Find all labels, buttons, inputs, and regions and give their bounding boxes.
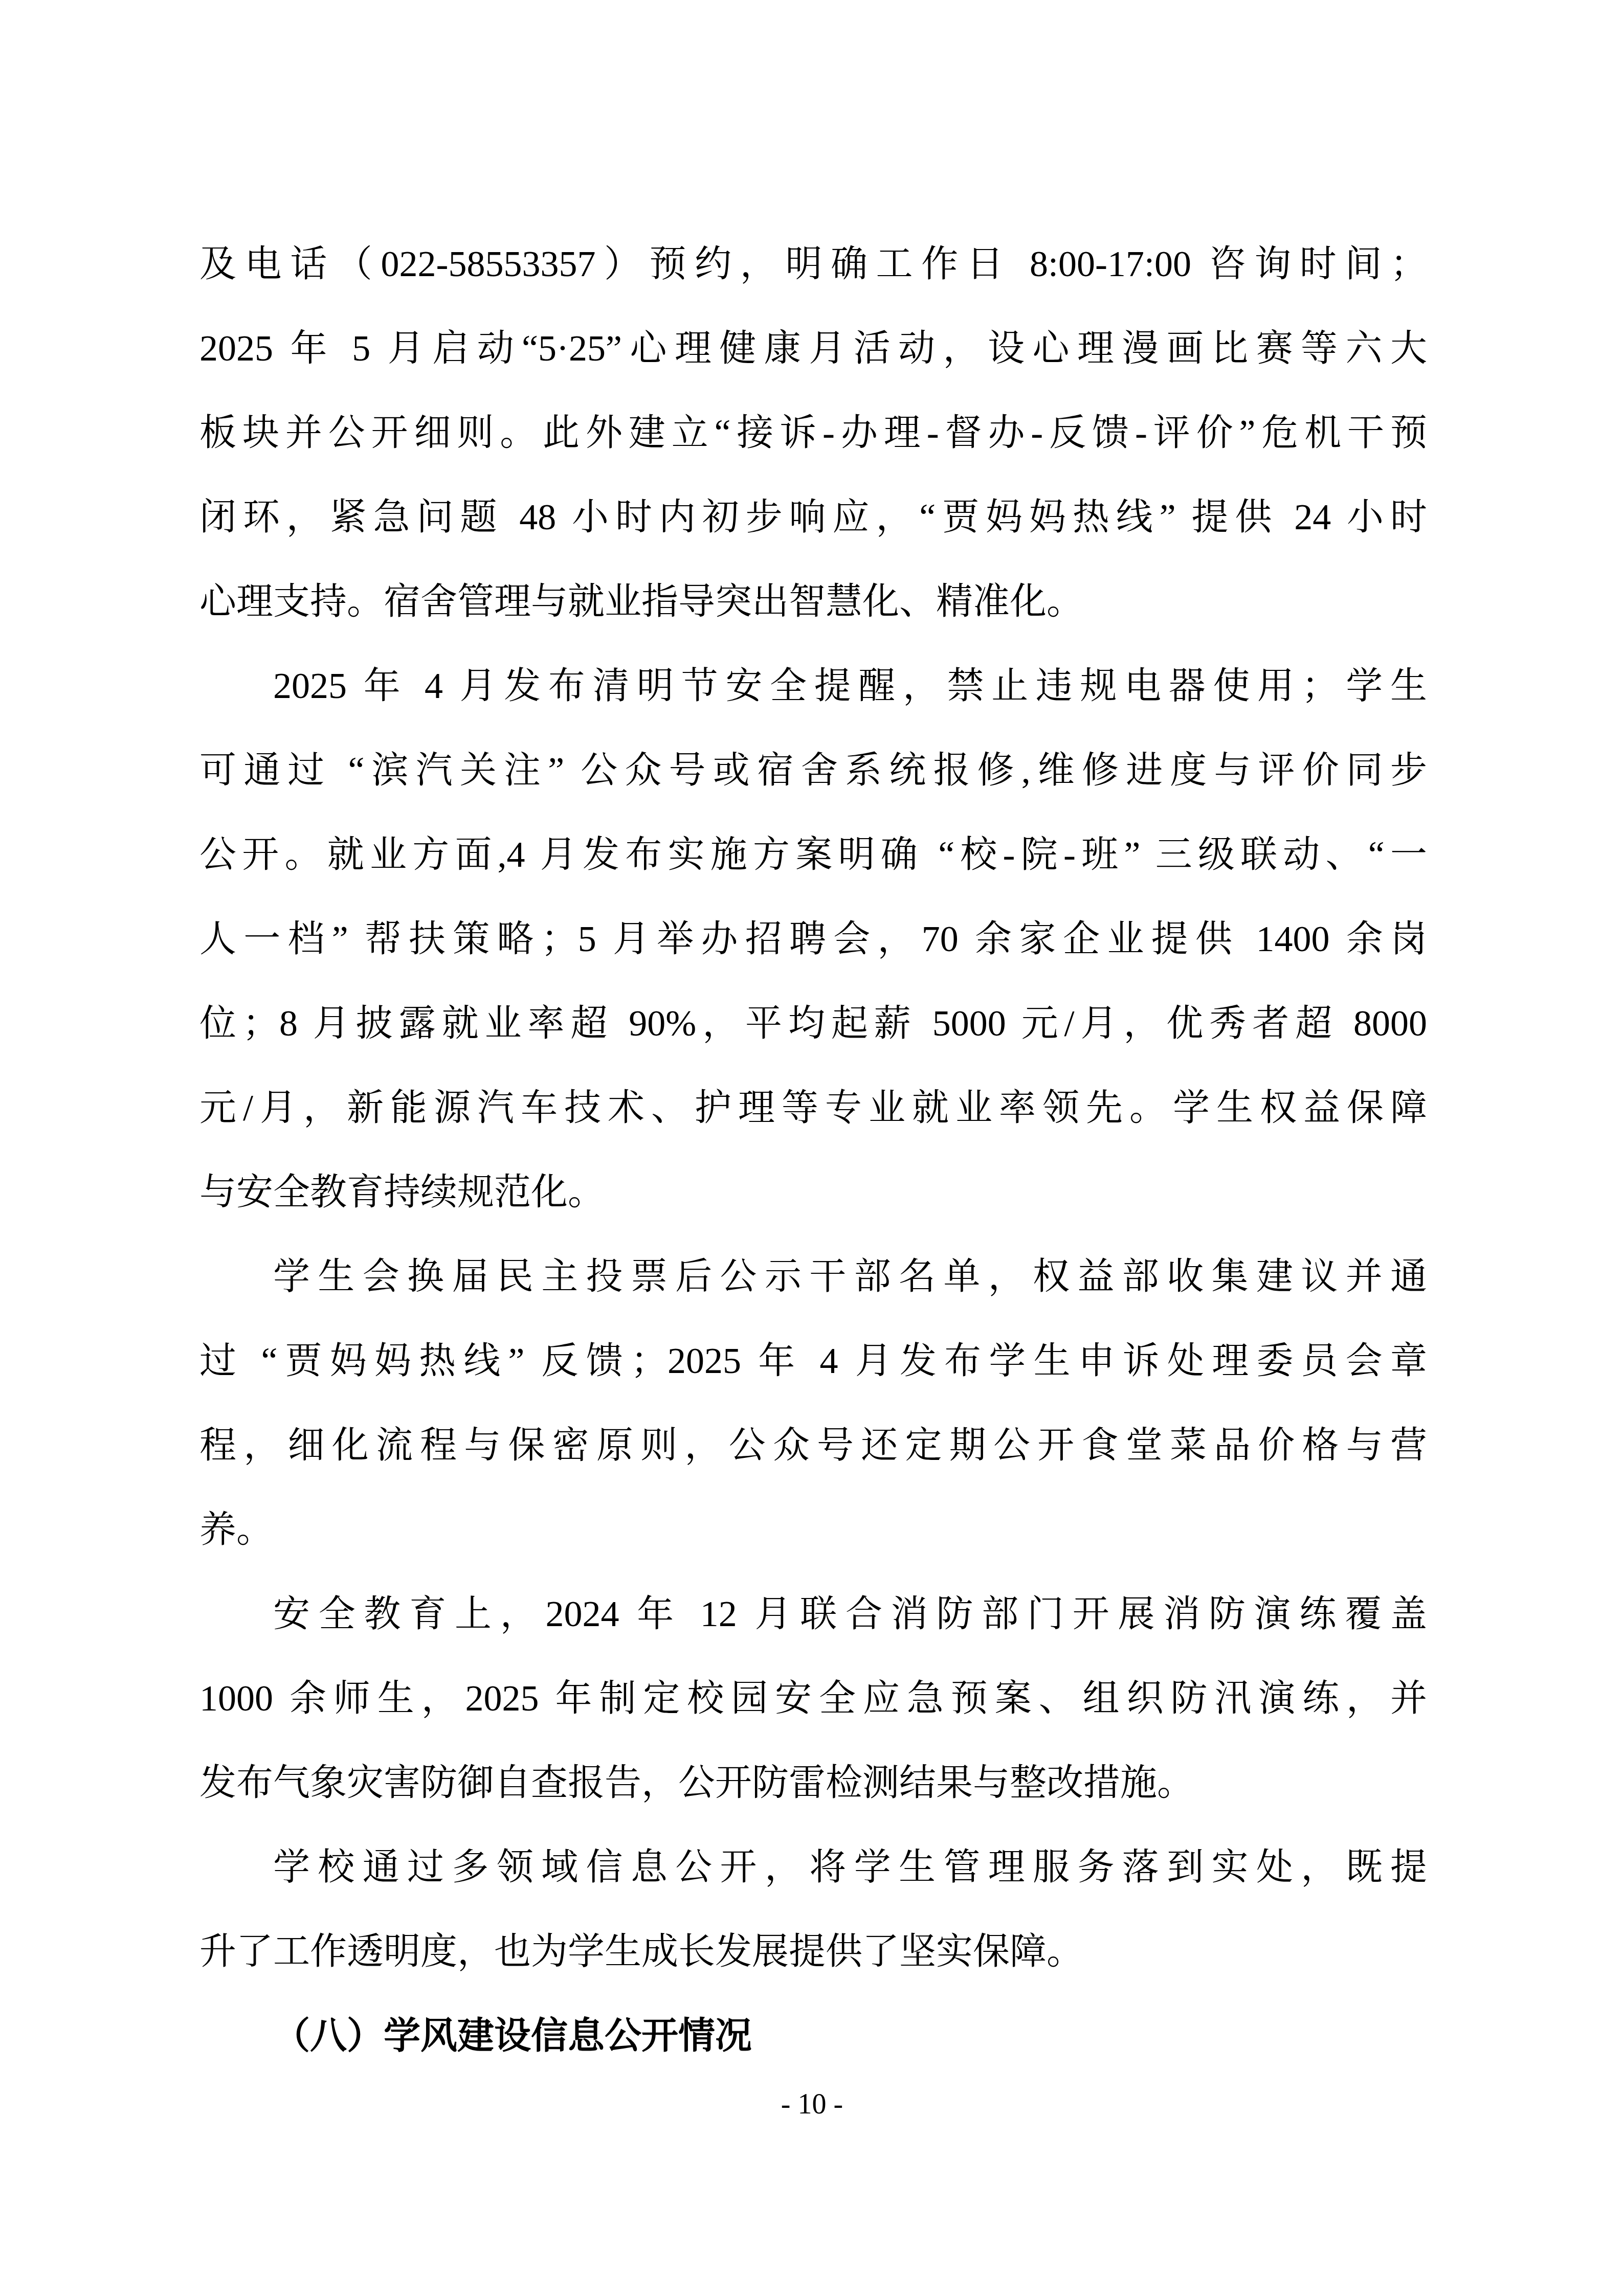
text-line: 2025 年 4 月发布清明节安全提醒，禁止违规电器使用；学生 xyxy=(199,644,1427,728)
text-line: 心理支持。宿舍管理与就业指导突出智慧化、精准化。 xyxy=(199,559,1427,644)
text-line: 位；8 月披露就业率超 90%，平均起薪 5000 元/月，优秀者超 8000 xyxy=(199,981,1427,1066)
text-line: 板块并公开细则。此外建立“接诉-办理-督办-反馈-评价”危机干预 xyxy=(199,391,1427,475)
text-line: 元/月，新能源汽车技术、护理等专业就业率领先。学生权益保障 xyxy=(199,1066,1427,1150)
section-heading: （八）学风建设信息公开情况 xyxy=(199,1994,1427,2078)
text-line: 公开。就业方面,4 月发布实施方案明确 “校-院-班” 三级联动、“一 xyxy=(199,813,1427,897)
text-line: 学生会换届民主投票后公示干部名单，权益部收集建议并通 xyxy=(199,1234,1427,1319)
text-line: 2025 年 5 月启动“5·25”心理健康月活动，设心理漫画比赛等六大 xyxy=(199,306,1427,391)
text-line: 安全教育上，2024 年 12 月联合消防部门开展消防演练覆盖 xyxy=(199,1572,1427,1656)
text-line: 过 “贾妈妈热线” 反馈；2025 年 4 月发布学生申诉处理委员会章 xyxy=(199,1319,1427,1403)
text-line: 发布气象灾害防御自查报告，公开防雷检测结果与整改措施。 xyxy=(199,1741,1427,1825)
text-line: 程，细化流程与保密原则，公众号还定期公开食堂菜品价格与营 xyxy=(199,1403,1427,1488)
page-number: - 10 - xyxy=(0,2086,1624,2122)
document-body: 及电话（022-58553357）预约，明确工作日 8:00-17:00 咨询时… xyxy=(199,222,1427,2078)
text-line: 升了工作透明度，也为学生成长发展提供了坚实保障。 xyxy=(199,1909,1427,1994)
text-line: 1000 余师生，2025 年制定校园安全应急预案、组织防汛演练，并 xyxy=(199,1656,1427,1741)
text-line: 与安全教育持续规范化。 xyxy=(199,1150,1427,1234)
text-line: 养。 xyxy=(199,1488,1427,1572)
text-line: 闭环，紧急问题 48 小时内初步响应，“贾妈妈热线” 提供 24 小时 xyxy=(199,475,1427,559)
document-page: 及电话（022-58553357）预约，明确工作日 8:00-17:00 咨询时… xyxy=(0,0,1624,2296)
text-line: 学校通过多领域信息公开，将学生管理服务落到实处，既提 xyxy=(199,1825,1427,1909)
text-line: 及电话（022-58553357）预约，明确工作日 8:00-17:00 咨询时… xyxy=(199,222,1427,306)
text-line: 可通过 “滨汽关注” 公众号或宿舍系统报修,维修进度与评价同步 xyxy=(199,728,1427,813)
text-line: 人一档” 帮扶策略；5 月举办招聘会，70 余家企业提供 1400 余岗 xyxy=(199,897,1427,981)
